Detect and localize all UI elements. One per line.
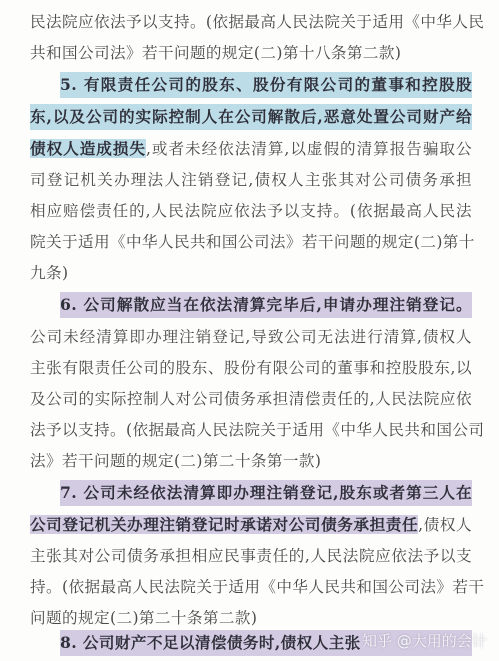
text-line: 司登记机关办理法人注销登记,债权人主张其对公司债务承担 — [30, 167, 472, 193]
text-line: 法》若干问题的规定(二)第二十条第一款) — [30, 448, 472, 474]
mixed-line: 公司登记机关办理注销登记时承诺对公司债务承担责任,债权人 — [30, 512, 472, 538]
highlighted-line-item-6: 6. 公司解散应当在依法清算完毕后,申请办理注销登记。 — [60, 292, 472, 318]
plain-segment: ,债权人 — [418, 516, 472, 534]
highlighted-segment: 公司登记机关办理注销登记时承诺对公司债务承担责任 — [30, 515, 418, 534]
text-line: 及公司的实际控制人对公司债务承担清偿责任的,人民法院应依 — [30, 386, 472, 412]
text-line: 院关于适用《中华人民共和国公司法》若干问题的规定(二)第十 — [30, 229, 472, 255]
text-line: 法予以支持。(依据最高人民法院关于适用《中华人民共和国公司 — [30, 417, 472, 443]
text-line: 持。(依据最高人民法院关于适用《中华人民共和国公司法》若干 — [30, 574, 472, 600]
text-line: 公司未经清算即办理注销登记,导致公司无法进行清算,债权人 — [30, 324, 472, 350]
highlighted-line: 东,以及公司的实际控制人在公司解散后,恶意处置公司财产给 — [30, 104, 472, 130]
text-line: 民法院应依法予以支持。(依据最高人民法院关于适用《中华人民 — [30, 9, 472, 35]
highlighted-line-item-5: 5. 有限责任公司的股东、股份有限公司的董事和控股股 — [60, 72, 472, 98]
text-line: 相应赔偿责任的,人民法院应依法予以支持。(依据最高人民法 — [30, 198, 472, 224]
text-line: 共和国公司法》若干问题的规定(二)第十八条第二款) — [30, 40, 472, 66]
text-line: 主张其对公司债务承担相应民事责任的,人民法院应依法予以支 — [30, 543, 472, 569]
watermark-text: 知乎 @大用的会计 — [362, 628, 487, 654]
highlighted-line-item-7: 7. 公司未经依法清算即办理注销登记,股东或者第三人在 — [60, 480, 472, 506]
text-line: 主张有限责任公司的股东、股份有限公司的董事和控股股东,以 — [30, 355, 472, 381]
plain-segment: ,或者未经依法清算,以虚假的清算报告骗取公 — [146, 140, 472, 158]
mixed-line: 债权人造成损失,或者未经依法清算,以虚假的清算报告骗取公 — [30, 136, 472, 162]
highlighted-segment: 债权人造成损失 — [30, 139, 146, 158]
document-page: 民法院应依法予以支持。(依据最高人民法院关于适用《中华人民 共和国公司法》若干问… — [0, 0, 499, 661]
text-line: 九条) — [30, 260, 472, 286]
